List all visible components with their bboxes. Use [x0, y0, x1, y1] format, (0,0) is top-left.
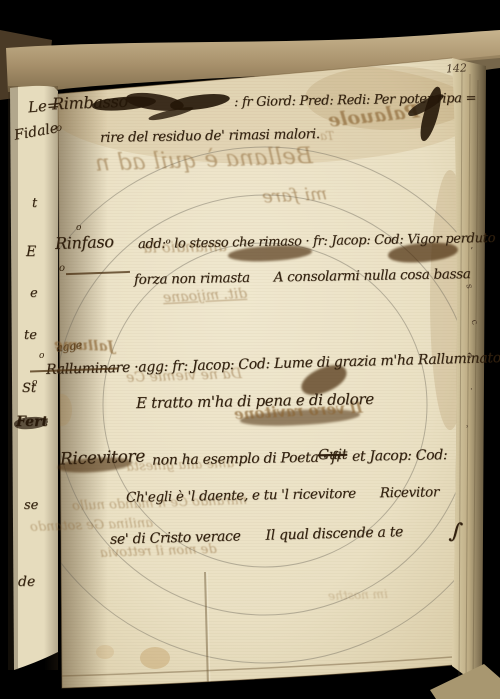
left-fragment: E: [26, 245, 36, 259]
paper-stain: [140, 647, 170, 669]
entry4-citation-2: et Jacop: Cod:: [352, 448, 448, 464]
fore-edge-marks: ʼ s c ɔ · ʾ: [462, 240, 486, 450]
entry2-superscript: o: [76, 224, 81, 233]
fore-edge-mark: c: [468, 319, 478, 327]
entry4-struck-word: Guit: [318, 448, 347, 463]
entry3-interline-note: agge: [55, 339, 82, 354]
bleedthrough-line: mi fare: [262, 185, 328, 206]
left-fragment: e: [30, 287, 38, 300]
paper-stain: [96, 645, 114, 659]
bleedthrough-line: im nosthe: [328, 588, 388, 602]
manuscript-photo: Rimbasso : fr Giord: Pred: Redi: Per pot…: [0, 0, 500, 699]
fore-edge-mark: ʼ: [470, 248, 473, 257]
left-fragment: Fidale: [13, 121, 58, 142]
fore-edge-mark: s: [463, 283, 473, 289]
left-fragment: se: [24, 499, 38, 512]
entry3-margin-mark: o: [39, 352, 44, 361]
fore-edge-mark: ɔ: [467, 352, 472, 361]
entry2-headword: Rinfaso: [55, 234, 114, 252]
bleedthrough-line: Ta: [320, 130, 334, 142]
fore-edge-mark: ʾ: [466, 426, 469, 435]
entry2-margin-mark: o: [59, 264, 65, 274]
left-fragment: t: [32, 197, 37, 210]
fore-edge-mark: ·: [470, 386, 473, 395]
entry4-citation-1: non ha esemplo di Poeta · fr: [152, 450, 343, 467]
entry1-margin-mark: o: [56, 124, 62, 134]
entry4-headword: Ricevitore: [60, 449, 146, 469]
entry3-margin-mark: o: [32, 379, 37, 388]
left-fragment: de: [18, 575, 35, 589]
left-fragment: te: [24, 329, 37, 342]
bleedthrough-line: dit. mijoane: [163, 287, 248, 305]
entry3-line2: E tratto m'ha di pena e di dolore: [136, 392, 374, 411]
folio-number: 142: [446, 62, 468, 74]
